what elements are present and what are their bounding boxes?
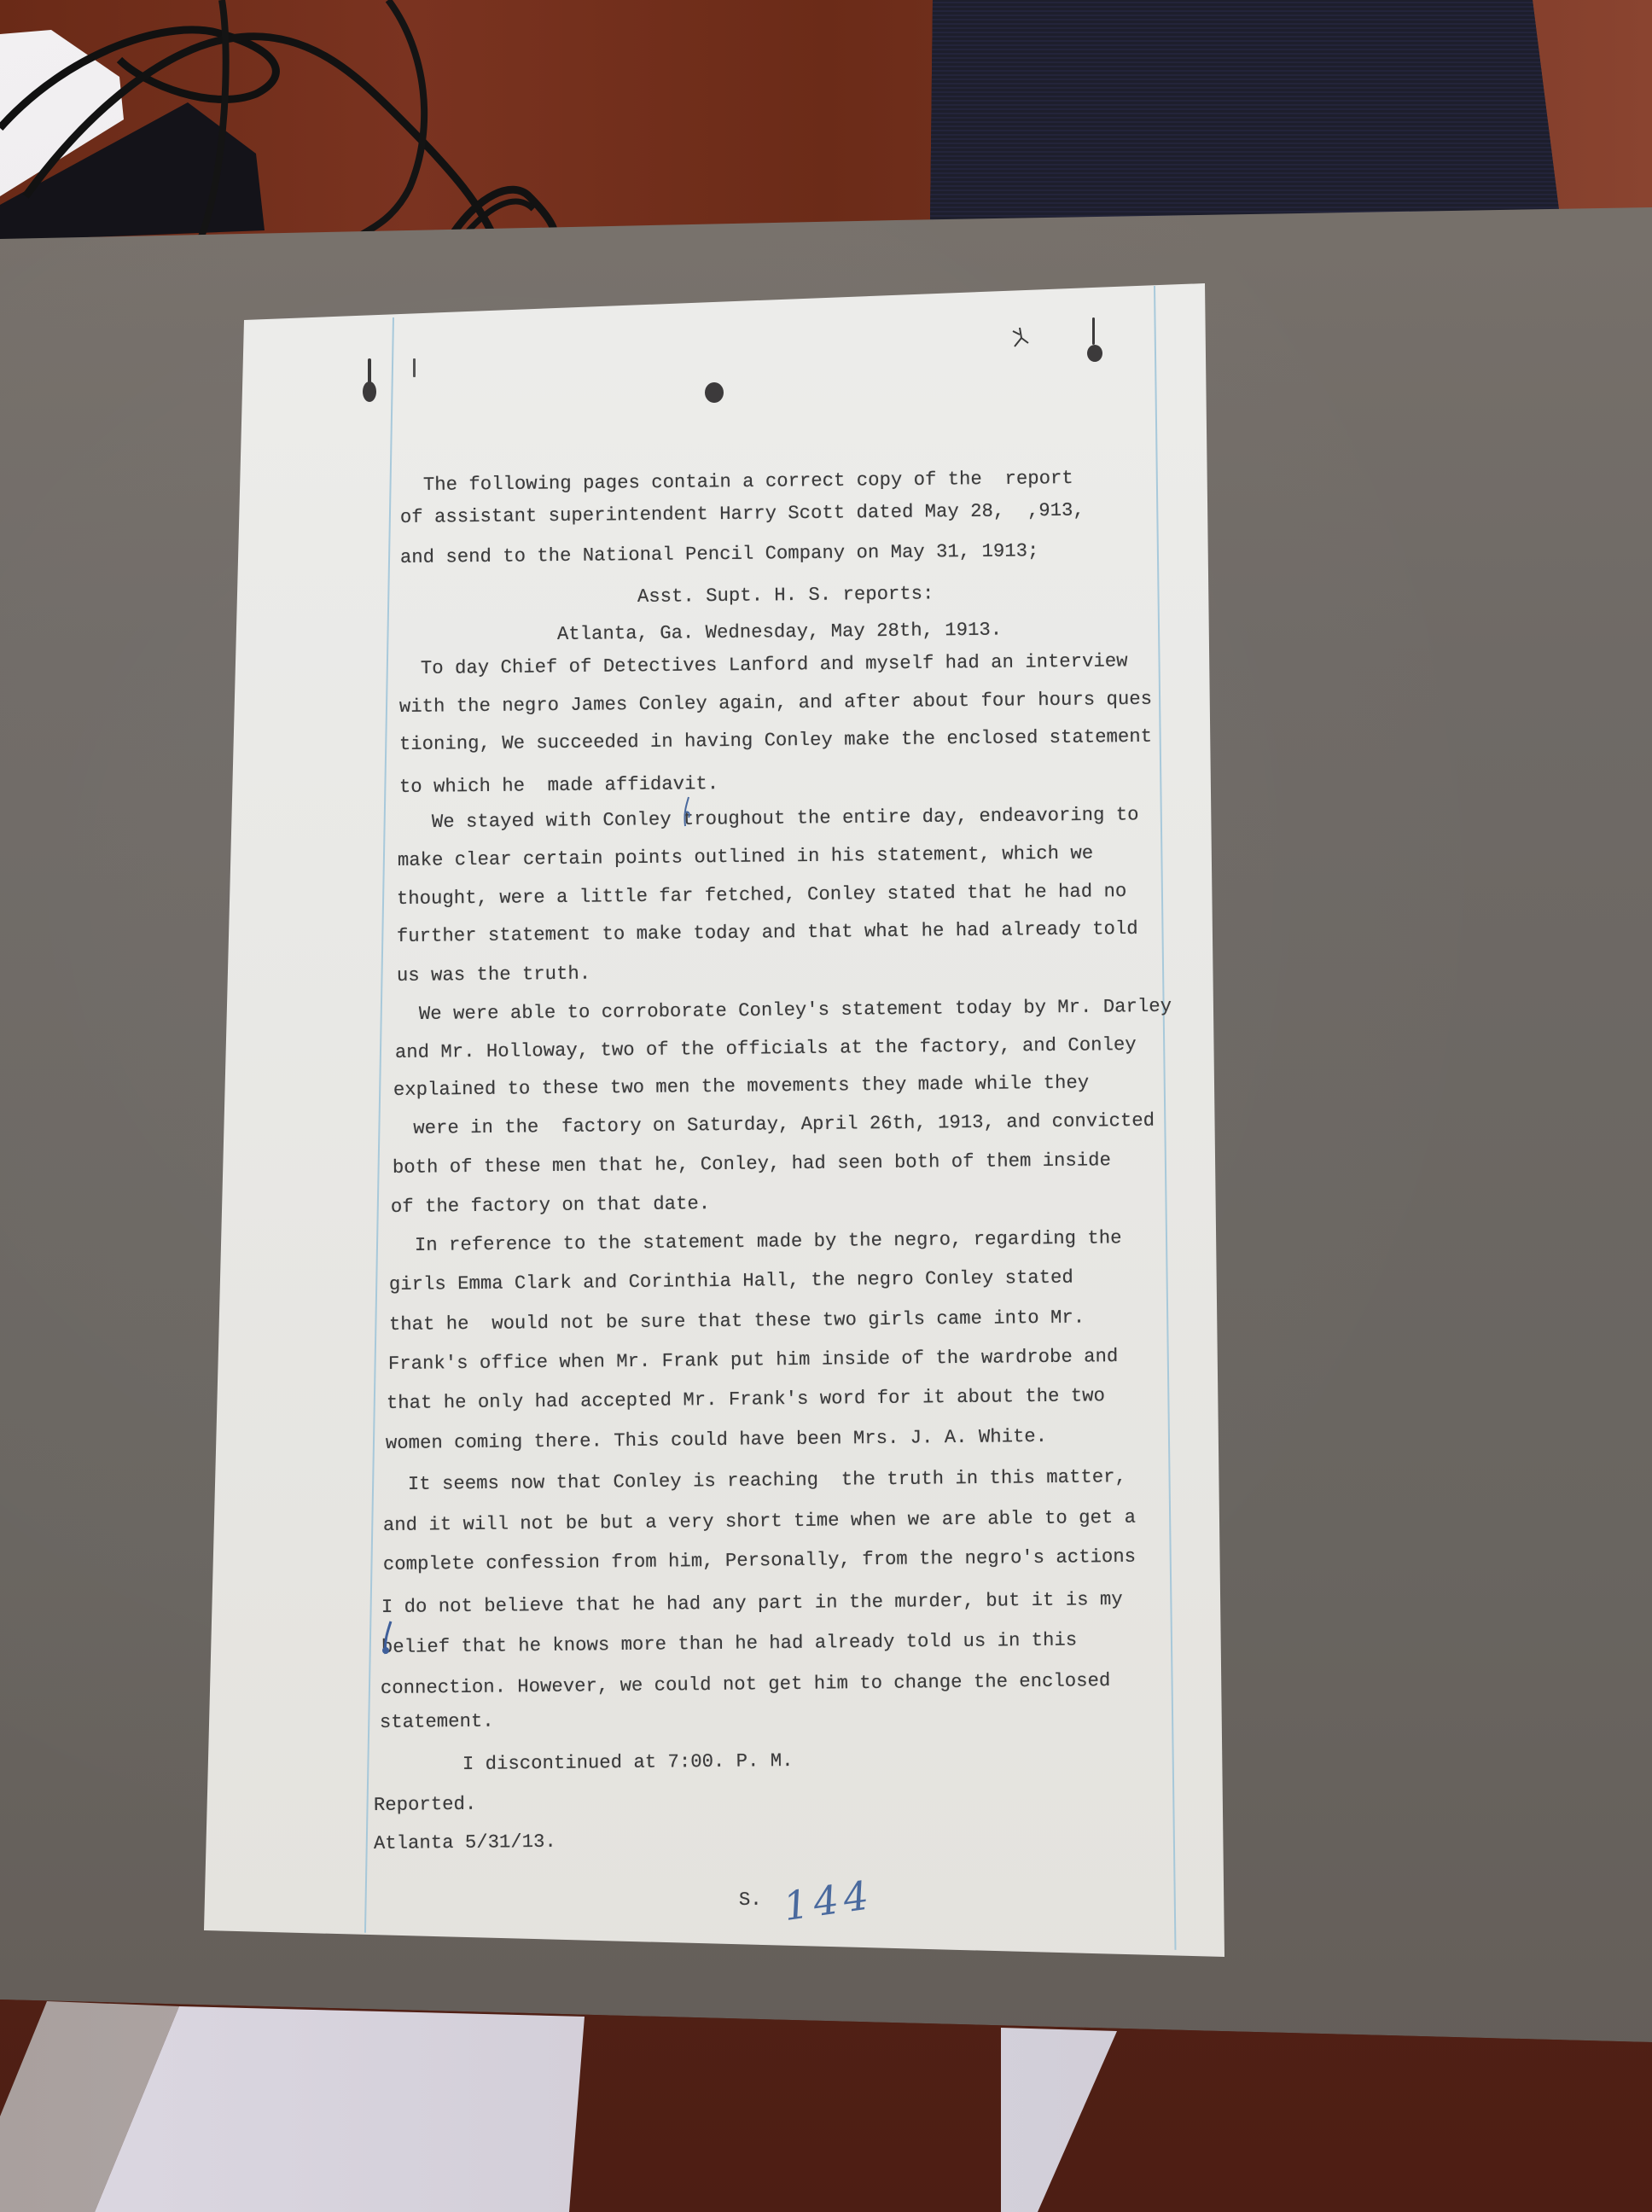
body-line: of the factory on that date. (391, 1195, 710, 1217)
body-line: to which he made affidavit. (399, 775, 718, 797)
punch-hole (705, 382, 724, 403)
body-line: statement. (380, 1713, 494, 1733)
dateline: Atlanta, Ga. Wednesday, May 28th, 1913. (557, 621, 1002, 645)
closing-line: I discontinued at 7:00. P. M. (462, 1752, 794, 1774)
small-tear-mark (1011, 326, 1032, 348)
place-date-line: Atlanta 5/31/13. (374, 1833, 556, 1854)
reported-line: Reported. (374, 1796, 477, 1815)
handwritten-correction-mark (379, 1620, 396, 1657)
pencil-mark (413, 358, 416, 377)
subheading: Asst. Supt. H. S. reports: (637, 585, 934, 607)
body-line: us was the truth. (397, 965, 590, 987)
punch-hole (363, 381, 376, 402)
punch-hole (1087, 345, 1102, 362)
handwritten-correction-mark (678, 795, 695, 829)
punch-hole-tear (368, 358, 371, 384)
footer-initial: S. (739, 1891, 762, 1910)
punch-hole-tear (1092, 317, 1095, 345)
